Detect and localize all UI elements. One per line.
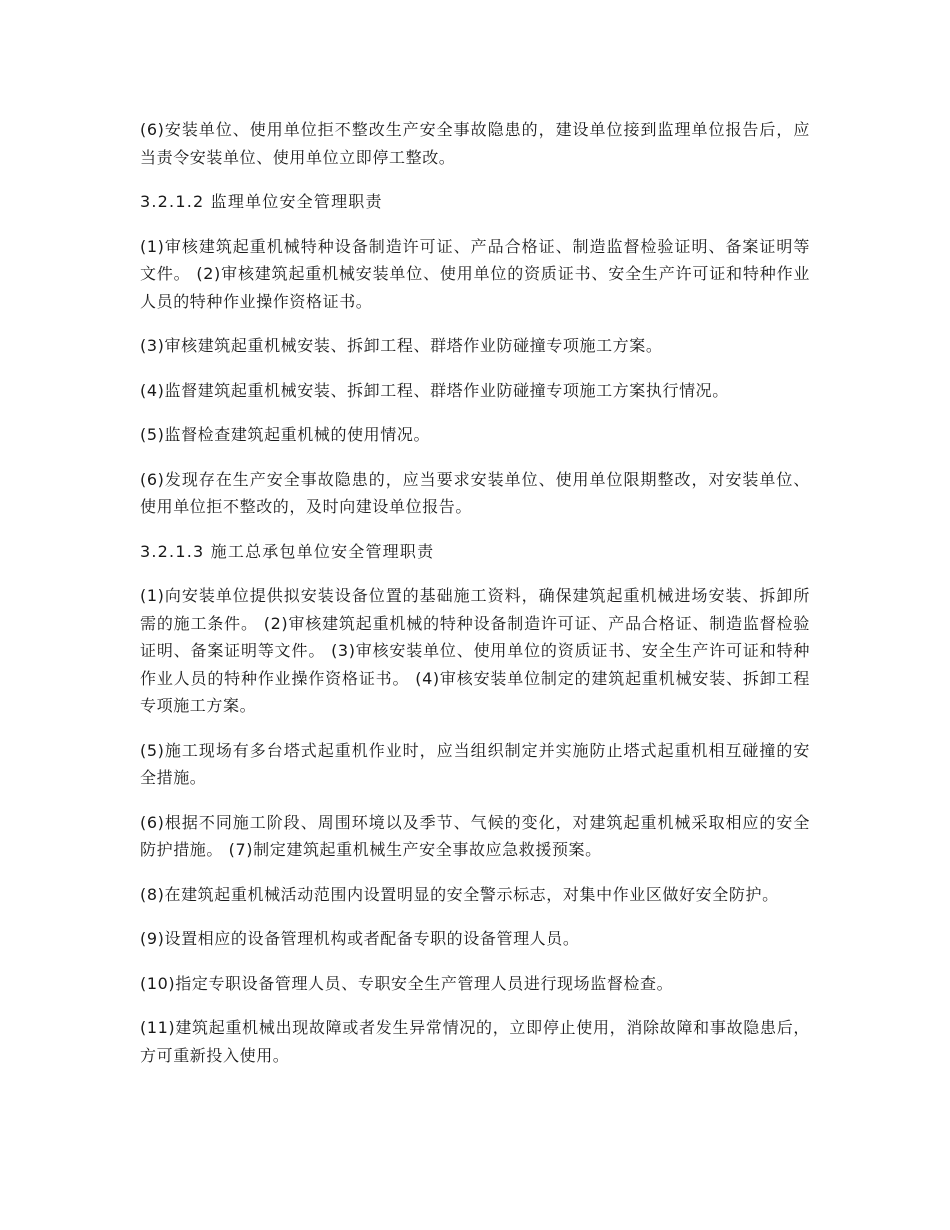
paragraph-supervision-4: (4)监督建筑起重机械安装、拆卸工程、群塔作业防碰撞专项施工方案执行情况。 (140, 377, 810, 405)
paragraph-supervision-3: (3)审核建筑起重机械安装、拆卸工程、群塔作业防碰撞专项施工方案。 (140, 332, 810, 360)
paragraph-contractor-10: (10)指定专职设备管理人员、专职安全生产管理人员进行现场监督检查。 (140, 970, 810, 998)
paragraph-supervision-5: (5)监督检查建筑起重机械的使用情况。 (140, 421, 810, 449)
paragraph-contractor-5: (5)施工现场有多台塔式起重机作业时，应当组织制定并实施防止塔式起重机相互碰撞的… (140, 737, 810, 792)
paragraph-supervision-6: (6)发现存在生产安全事故隐患的，应当要求安装单位、使用单位限期整改，对安装单位… (140, 466, 810, 521)
section-heading-supervision-unit: 3.2.1.2 监理单位安全管理职责 (140, 188, 810, 216)
paragraph-contractor-9: (9)设置相应的设备管理机构或者配备专职的设备管理人员。 (140, 925, 810, 953)
paragraph-contractor-1-4: (1)向安装单位提供拟安装设备位置的基础施工资料，确保建筑起重机械进场安装、拆卸… (140, 582, 810, 720)
paragraph-contractor-6-7: (6)根据不同施工阶段、周围环境以及季节、气候的变化，对建筑起重机械采取相应的安… (140, 809, 810, 864)
paragraph-install-use-units-rectification: (6)安装单位、使用单位拒不整改生产安全事故隐患的，建设单位接到监理单位报告后，… (140, 116, 810, 171)
document-page: (6)安装单位、使用单位拒不整改生产安全事故隐患的，建设单位接到监理单位报告后，… (140, 116, 810, 1086)
paragraph-supervision-1-2: (1)审核建筑起重机械特种设备制造许可证、产品合格证、制造监督检验证明、备案证明… (140, 233, 810, 316)
section-heading-general-contractor: 3.2.1.3 施工总承包单位安全管理职责 (140, 538, 810, 566)
paragraph-contractor-11: (11)建筑起重机械出现故障或者发生异常情况的，立即停止使用，消除故障和事故隐患… (140, 1014, 810, 1069)
paragraph-contractor-8: (8)在建筑起重机械活动范围内设置明显的安全警示标志，对集中作业区做好安全防护。 (140, 881, 810, 909)
